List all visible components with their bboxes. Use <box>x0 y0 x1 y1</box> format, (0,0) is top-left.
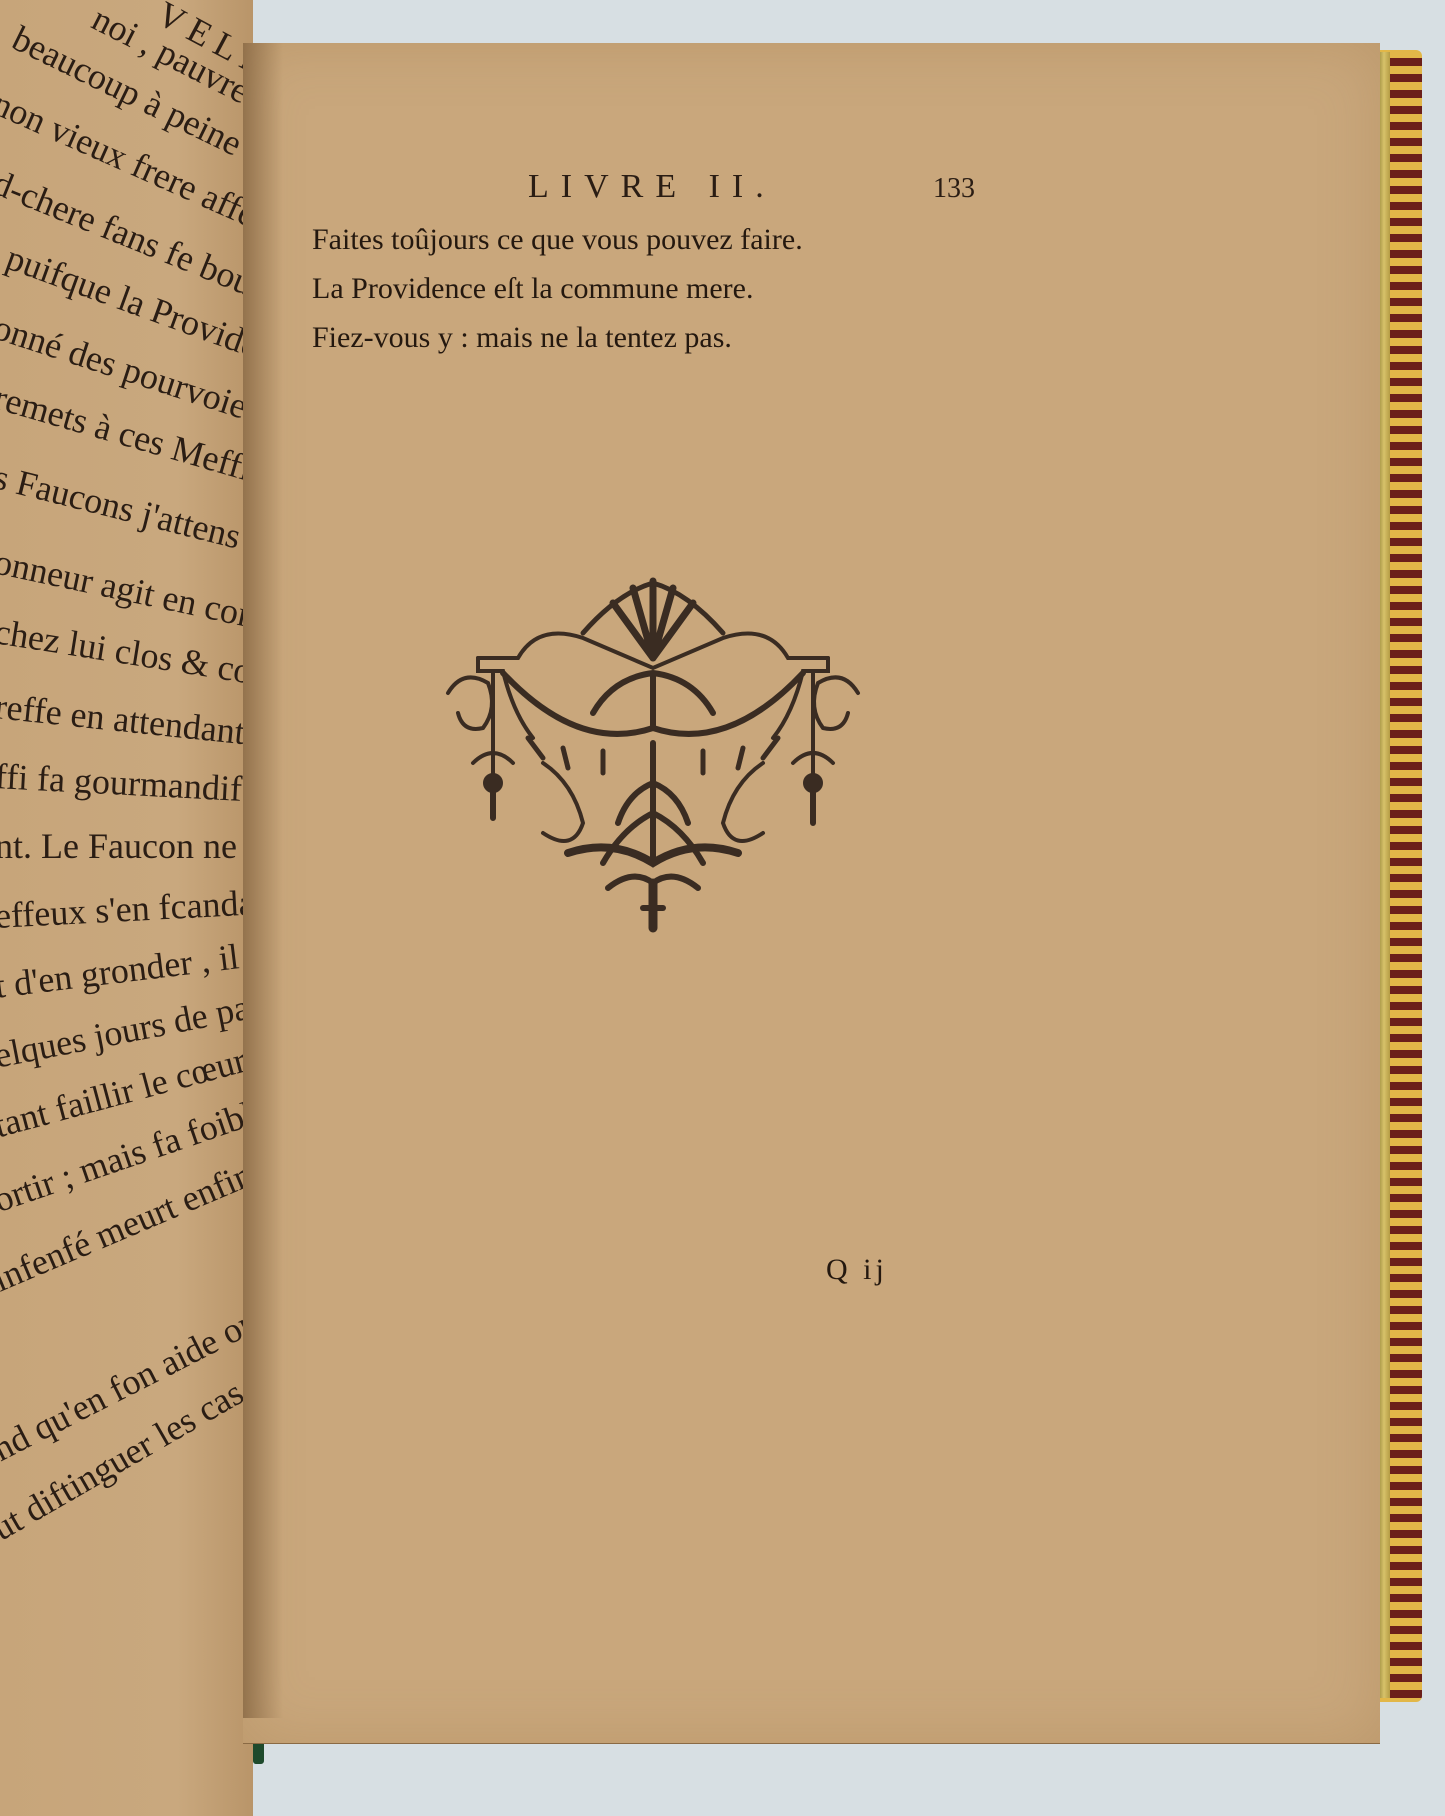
left-page-line: nt. Le Faucon ne vient pas <box>0 825 253 867</box>
verse-block: Faites toûjours ce que vous pouvez faire… <box>312 215 803 362</box>
verse-line: Faites toûjours ce que vous pouvez faire… <box>312 215 803 264</box>
page-number: 133 <box>933 173 975 205</box>
tailpiece-ornament-icon <box>443 563 863 935</box>
gutter-shadow <box>243 43 283 1718</box>
left-page: VELL noi , pauvre diable beaucoup à pein… <box>0 0 253 1816</box>
left-page-line: reffe en attendant de quoi <box>0 685 253 765</box>
signature-mark: Q ij <box>826 1253 888 1287</box>
right-page: LIVRE II. 133 Faites toûjours ce que vou… <box>243 43 1380 1744</box>
left-page-line: effeux s'en fcandalife; <box>0 878 253 937</box>
verse-line: Fiez-vous y : mais ne la tentez pas. <box>312 313 803 362</box>
running-head: LIVRE II. <box>528 168 776 206</box>
left-page-line: ffi fa gourmandife. <box>0 755 253 811</box>
verse-line: La Providence eſt la commune mere. <box>312 264 803 313</box>
